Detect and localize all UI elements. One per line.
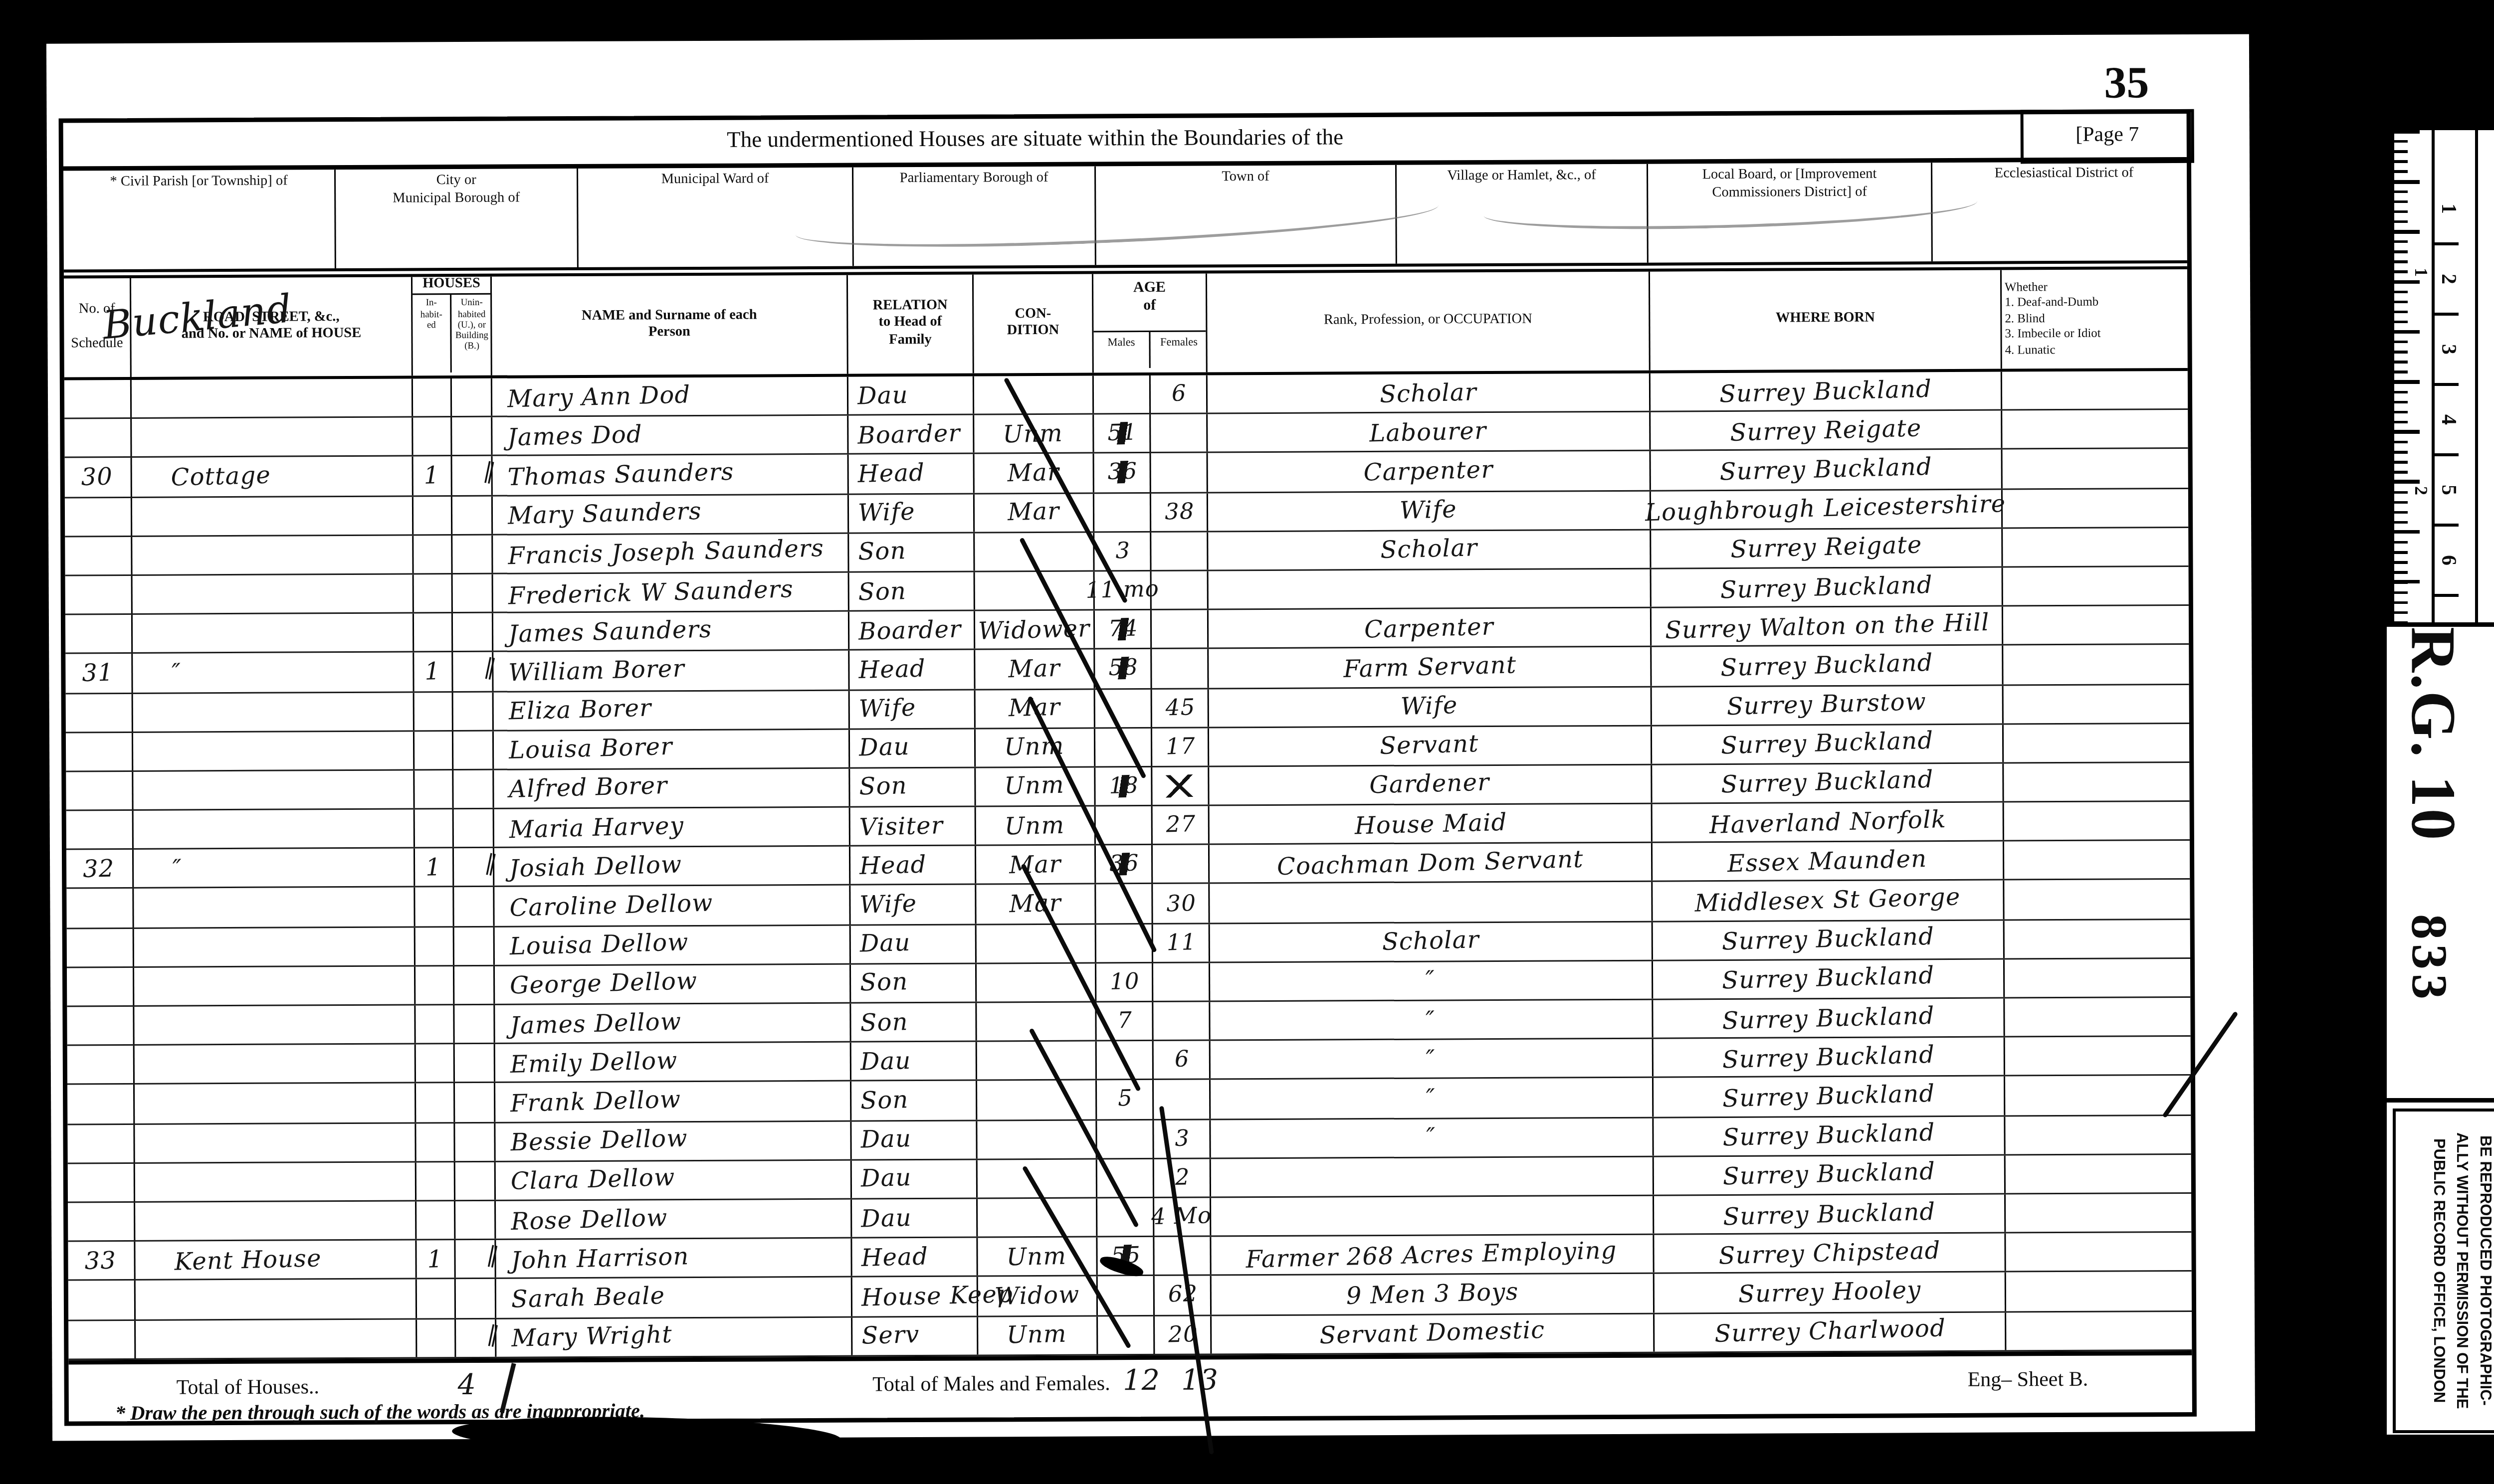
folio-number: 35	[2037, 58, 2216, 110]
cell-relation: Wife	[850, 886, 976, 924]
cell-born: Surrey Buckland	[1653, 999, 2005, 1038]
col-relation: RELATION to Head of Family	[848, 275, 974, 374]
cell-born: Surrey Buckland	[1654, 1077, 2005, 1116]
cell-inhabited	[416, 1045, 455, 1083]
cell-infirm	[2006, 1233, 2200, 1271]
cell-condition: Unm	[976, 729, 1095, 767]
cell-occupation: 9 Men 3 Boys	[1212, 1275, 1655, 1314]
cell-condition: Unm	[976, 807, 1096, 845]
cell-infirm	[2002, 410, 2197, 448]
cell-relation: Head	[849, 455, 975, 493]
cell-condition: Mar	[976, 846, 1096, 884]
cell-occupation: Carpenter	[1209, 608, 1652, 648]
col-age-females: Females	[1150, 332, 1207, 368]
total-houses-label: Total of Houses..	[177, 1376, 320, 1401]
cell-age_m: 10	[1096, 963, 1153, 1001]
cell-age_m: 58	[1095, 650, 1152, 688]
cell-condition	[977, 1081, 1097, 1119]
cell-infirm	[2003, 449, 2197, 488]
cell-occupation: Carpenter	[1208, 452, 1651, 491]
cell-occupation	[1211, 1157, 1654, 1196]
col-age: AGE of Males Females	[1093, 273, 1208, 372]
scale-cell: 3	[2435, 316, 2459, 386]
cell-relation: Dau	[850, 729, 976, 767]
cell-inhabited	[413, 418, 452, 456]
cell-schedule: 33	[68, 1242, 135, 1280]
cell-condition	[974, 375, 1094, 414]
ruler-number: 1	[2409, 268, 2432, 277]
census-table: The undermentioned Houses are situate wi…	[59, 109, 2197, 1426]
cell-age_m: 36	[1094, 454, 1151, 492]
cell-occupation	[1210, 883, 1653, 922]
cell-age_m: 51	[1094, 415, 1151, 453]
cell-uninhabited	[455, 1122, 495, 1160]
cell-condition	[975, 571, 1095, 610]
cell-infirm	[2006, 1311, 2201, 1349]
cell-born: Surrey Reigate	[1651, 529, 2003, 568]
col-inhabited: In- habit- ed	[413, 295, 452, 373]
cell-occupation: Scholar	[1210, 922, 1653, 961]
cell-name: Frank Dellow	[495, 1082, 851, 1121]
cell-age_f: 6	[1151, 375, 1208, 413]
cell-occupation: Scholar	[1208, 373, 1651, 413]
cell-name: Maria Harvey	[494, 808, 850, 847]
cell-relation: Wife	[850, 690, 976, 728]
cell-inhabited	[416, 927, 454, 965]
scale-cell: 2	[2435, 245, 2459, 316]
cell-schedule	[66, 693, 133, 731]
cell-uninhabited	[452, 417, 492, 455]
cell-uninhabited	[454, 1005, 495, 1043]
cell-infirm	[2004, 762, 2198, 801]
cell-occupation: Farmer 268 Acres Employing	[1211, 1235, 1654, 1275]
reference-number: R.G. 10 833	[2396, 627, 2468, 1003]
cell-occupation: ″	[1211, 1079, 1654, 1118]
cell-uninhabited	[453, 692, 494, 730]
cell-born: Surrey Buckland	[1654, 1116, 2005, 1155]
cell-uninhabited	[455, 1162, 496, 1200]
cell-inhabited	[416, 966, 454, 1004]
cell-born: Surrey Burstow	[1652, 685, 2004, 725]
cell-inhabited: 1	[414, 457, 452, 495]
cell-born: Surrey Buckland	[1654, 1038, 2005, 1077]
cell-schedule	[67, 1007, 134, 1045]
cell-age_m	[1094, 493, 1151, 531]
field-city-borough: City or Municipal Borough of	[336, 169, 579, 268]
cell-inhabited	[415, 809, 454, 847]
cell-infirm	[2006, 1272, 2201, 1310]
cell-relation: Dau	[851, 1120, 977, 1159]
cell-schedule	[67, 1046, 135, 1084]
column-header-row: No. of Schedule ROAD, STREET, &c., and N…	[64, 269, 2188, 380]
cell-uninhabited	[453, 770, 494, 808]
cell-name: Louisa Borer	[494, 730, 850, 769]
cell-age_f	[1152, 767, 1209, 805]
col-condition: CON- DITION	[974, 274, 1094, 373]
cell-occupation: Farm Servant	[1209, 648, 1652, 687]
cell-schedule: 30	[65, 458, 132, 496]
cell-born: Surrey Buckland	[1652, 646, 2003, 685]
cell-born: Middlesex St George	[1653, 881, 2004, 921]
cell-house	[132, 536, 414, 574]
cell-infirm	[2004, 880, 2199, 919]
cell-uninhabited	[454, 888, 494, 926]
cell-house	[134, 927, 416, 966]
cell-occupation: Gardener	[1209, 765, 1652, 804]
scale-cell: 6	[2435, 527, 2459, 597]
cell-house	[133, 692, 415, 731]
cell-name: Mary Wright	[496, 1317, 852, 1356]
cell-born: Surrey Buckland	[1651, 450, 2003, 490]
cell-schedule	[68, 1281, 136, 1319]
census-page: 35 [Page 7 The undermentioned Houses are…	[46, 34, 2255, 1441]
cell-inhabited	[416, 1084, 455, 1121]
cell-schedule	[67, 1124, 135, 1162]
cell-house	[135, 1123, 416, 1162]
cell-inhabited	[415, 692, 453, 730]
cell-house	[132, 496, 414, 535]
cell-infirm	[2003, 489, 2197, 527]
cell-name: Sarah Beale	[496, 1278, 852, 1317]
cell-relation: Son	[849, 572, 975, 610]
cell-house	[135, 1201, 416, 1240]
cell-name: James Saunders	[493, 612, 849, 651]
cell-relation: Head	[852, 1238, 978, 1277]
cell-born: Surrey Buckland	[1652, 725, 2004, 764]
cell-born: Essex Maunden	[1653, 842, 2004, 881]
cell-occupation	[1211, 1196, 1654, 1235]
cell-born: Surrey Buckland	[1654, 1155, 2006, 1195]
cell-uninhabited	[455, 1084, 495, 1121]
cell-name: Mary Saunders	[493, 494, 849, 534]
cell-uninhabited	[456, 1280, 496, 1317]
cell-infirm	[2005, 998, 2199, 1036]
cell-infirm	[2003, 528, 2197, 566]
cell-inhabited	[416, 1123, 455, 1161]
cell-relation: Dau	[852, 1160, 978, 1198]
cell-inhabited	[416, 1162, 455, 1200]
cell-age_f: 30	[1153, 885, 1210, 923]
cell-age_f: 17	[1152, 728, 1209, 766]
cell-born: Surrey Buckland	[1652, 763, 2004, 803]
cell-infirm	[2005, 958, 2199, 997]
col-infirmity: Whether 1. Deaf-and-Dumb 2. Blind 3. Imb…	[2002, 269, 2197, 369]
office-label: PUBLIC RECORD OFFICE	[2478, 130, 2494, 622]
cell-relation: Serv	[852, 1316, 978, 1355]
cell-relation: Boarder	[848, 415, 974, 454]
reference-section: Reference :— R.G. 10 833	[2387, 627, 2494, 1103]
cell-house	[134, 1005, 416, 1044]
cell-infirm	[2004, 684, 2198, 723]
cell-relation: Son	[851, 1003, 977, 1042]
record-office-strip: 1 2 1 2 3 4 5 6 PUBLIC RECORD OFFICE Ref…	[2382, 126, 2494, 1439]
cell-schedule	[68, 1203, 135, 1241]
cell-inhabited	[416, 1005, 454, 1043]
cell-age_f	[1151, 454, 1208, 492]
cell-condition	[977, 1120, 1097, 1158]
col-age-label: AGE of	[1093, 274, 1206, 331]
cell-relation: Visiter	[850, 807, 976, 846]
cell-uninhabited	[453, 613, 493, 651]
cell-occupation: House Maid	[1210, 804, 1653, 844]
col-houses-label: HOUSES	[413, 277, 490, 296]
cell-house: ″	[133, 653, 414, 692]
cell-relation: Dau	[852, 1199, 978, 1237]
cell-age_f	[1153, 1002, 1210, 1040]
cell-infirm	[2004, 802, 2199, 840]
cell-name: Mary Ann Dod	[492, 377, 848, 416]
cell-uninhabited	[454, 927, 495, 965]
cell-condition: Mar	[975, 454, 1094, 493]
cell-age_f	[1152, 649, 1209, 687]
cell-occupation: ″	[1210, 1000, 1653, 1040]
cell-relation: Wife	[849, 494, 975, 532]
cell-occupation: ″	[1210, 961, 1653, 1000]
cell-born: Surrey Buckland	[1651, 372, 2002, 411]
cell-born: Surrey Buckland	[1653, 920, 2005, 959]
cell-relation: Head	[849, 650, 975, 689]
cell-house	[133, 732, 415, 770]
cell-born: Surrey Charlwood	[1655, 1312, 2006, 1351]
cell-house	[132, 418, 413, 457]
cell-occupation: Servant Domestic	[1212, 1313, 1655, 1353]
cell-schedule	[68, 1320, 136, 1358]
cell-infirm	[2002, 371, 2197, 409]
cell-age_f: 62	[1155, 1276, 1212, 1314]
cell-schedule	[65, 615, 133, 653]
cell-inhabited	[415, 888, 454, 926]
copyright-notice: COPYRIGHT PHOTOGRAPH—NOT TO BE REPRODUCE…	[2393, 1109, 2494, 1433]
cell-inhabited	[415, 731, 453, 769]
cell-age_f	[1151, 532, 1208, 570]
scale-cell: 4	[2435, 386, 2459, 456]
cell-inhabited	[415, 770, 453, 808]
cell-uninhabited	[453, 574, 493, 612]
cell-name: John Harrison	[496, 1239, 852, 1278]
cell-relation: Dau	[851, 1042, 977, 1081]
scale-cells: 1 2 3 4 5 6	[2432, 130, 2478, 622]
copyright-section: COPYRIGHT PHOTOGRAPH—NOT TO BE REPRODUCE…	[2387, 1103, 2494, 1439]
cell-schedule: 32	[66, 850, 134, 888]
cell-occupation: Wife	[1208, 491, 1651, 530]
ruler-section: 1 2 1 2 3 4 5 6 PUBLIC RECORD OFFICE	[2387, 130, 2494, 627]
cell-occupation: Coachman Dom Servant	[1210, 843, 1653, 883]
cell-inhabited	[413, 378, 452, 416]
cell-infirm	[2004, 841, 2199, 880]
cell-name: James Dod	[492, 416, 848, 455]
cell-schedule	[66, 772, 133, 810]
total-males-females-label: Total of Males and Females.	[712, 1373, 1110, 1398]
cell-age_m: 5	[1097, 1081, 1154, 1118]
cell-inhabited	[414, 535, 452, 573]
cell-house	[135, 1084, 416, 1123]
cell-age_f	[1152, 571, 1209, 609]
cell-relation: House Keep	[852, 1277, 978, 1315]
scale-cell: 5	[2435, 456, 2459, 527]
cell-name: Thomas Saunders	[493, 455, 849, 495]
cell-name: Alfred Borer	[494, 768, 850, 808]
cell-inhabited: 1	[416, 1240, 455, 1278]
cell-schedule	[67, 1085, 135, 1123]
cell-condition	[978, 1198, 1097, 1237]
cell-age_m: 74	[1095, 610, 1152, 648]
cell-relation: Dau	[848, 376, 974, 415]
cell-age_f: 45	[1152, 689, 1209, 727]
cell-schedule	[66, 733, 133, 770]
cell-relation: Son	[851, 964, 977, 1002]
cell-born: Surrey Reigate	[1651, 411, 2002, 450]
cell-age_f: 4 Mo	[1154, 1198, 1211, 1236]
cell-name: Clara Dellow	[496, 1160, 852, 1200]
cell-age_m	[1098, 1315, 1155, 1353]
cell-uninhabited	[453, 731, 494, 769]
cell-house	[134, 810, 415, 849]
cell-name: Frederick W Saunders	[493, 572, 849, 612]
cell-name: George Dellow	[495, 964, 851, 1004]
cell-uninhabited	[452, 535, 493, 573]
cell-infirm	[2003, 567, 2198, 605]
col-houses: HOUSES In- habit- ed Unin- habited (U.),…	[413, 277, 492, 376]
total-houses-value: 4	[458, 1368, 477, 1401]
cell-age_f: 2	[1154, 1159, 1211, 1197]
total-males-value: 12	[1113, 1364, 1170, 1397]
cell-uninhabited	[454, 966, 495, 1004]
cell-schedule: 31	[65, 654, 133, 692]
ruler-number: 2	[2409, 486, 2432, 495]
cell-infirm	[2003, 645, 2198, 684]
cell-schedule	[68, 1163, 135, 1201]
cell-condition: Mar	[975, 650, 1095, 688]
cell-schedule	[64, 380, 132, 418]
cell-inhabited	[414, 574, 453, 612]
table-title: The undermentioned Houses are situate wi…	[63, 114, 2187, 171]
cell-age_m: 11 mo	[1095, 571, 1152, 609]
cell-condition: Unm	[978, 1238, 1097, 1276]
cell-house	[136, 1319, 417, 1358]
cell-age_f: 11	[1153, 924, 1210, 961]
cell-name: Eliza Borer	[494, 690, 850, 730]
cell-house	[133, 574, 414, 613]
cell-age_f: 6	[1154, 1041, 1211, 1079]
cell-schedule	[67, 967, 134, 1005]
cell-born: Haverland Norfolk	[1653, 803, 2004, 842]
sheet-label: Eng– Sheet B.	[1968, 1369, 2088, 1394]
cell-name: Francis Joseph Saunders	[493, 534, 849, 573]
cell-inhabited: 1	[415, 849, 454, 887]
cell-condition: Widow	[978, 1277, 1098, 1315]
cell-house	[133, 614, 414, 653]
col-uninhabited: Unin- habited (U.), or Building (B.)	[451, 295, 492, 373]
cell-schedule	[64, 419, 132, 457]
scale-cell: 1	[2435, 175, 2459, 245]
cell-inhabited: 1	[414, 653, 453, 691]
cell-house	[134, 966, 416, 1005]
cell-relation: Son	[851, 1082, 977, 1120]
cell-uninhabited	[454, 809, 494, 847]
cell-born: Surrey Walton on the Hill	[1652, 607, 2003, 646]
cell-uninhabited	[455, 1044, 495, 1082]
cell-age_f: 38	[1151, 493, 1208, 531]
cell-age_m	[1096, 806, 1153, 844]
reference-series: R.G. 10	[2397, 627, 2466, 842]
cell-born: Surrey Buckland	[1654, 1194, 2006, 1234]
cell-house	[135, 1045, 416, 1084]
cell-relation: Son	[849, 533, 975, 571]
cell-house: ″	[134, 849, 415, 888]
col-name: NAME and Surname of each Person	[492, 275, 848, 375]
cell-inhabited	[416, 1201, 455, 1239]
cell-occupation: ″	[1211, 1039, 1654, 1079]
cell-relation: Son	[850, 768, 976, 806]
cell-born: Surrey Chipstead	[1654, 1234, 2006, 1273]
cell-condition	[977, 924, 1096, 962]
cell-uninhabited	[452, 496, 493, 534]
cell-inhabited	[414, 496, 452, 534]
cell-uninhabited	[455, 1201, 496, 1239]
cell-occupation	[1209, 569, 1652, 608]
cell-age_f: 27	[1153, 806, 1210, 844]
cell-born: Surrey Hooley	[1655, 1273, 2006, 1312]
cell-condition: Unm	[978, 1316, 1098, 1354]
cell-house: Cottage	[132, 457, 414, 496]
cell-house	[136, 1280, 417, 1318]
cell-name: Emily Dellow	[495, 1043, 851, 1082]
cell-age_f: 20	[1155, 1315, 1212, 1353]
col-age-males: Males	[1093, 332, 1150, 368]
cell-name: Josiah Dellow	[494, 847, 850, 886]
cell-occupation: Scholar	[1208, 530, 1651, 569]
census-scan: 35 [Page 7 The undermentioned Houses are…	[0, 0, 2494, 1484]
cell-schedule	[65, 498, 132, 536]
cell-infirm	[2005, 920, 2199, 958]
cell-schedule	[65, 537, 132, 574]
cell-infirm	[2004, 724, 2198, 762]
cell-born: Loughbrough Leicestershire	[1651, 489, 2003, 529]
cell-inhabited	[417, 1319, 456, 1357]
cell-name: William Borer	[493, 651, 849, 691]
cell-schedule	[65, 576, 133, 614]
cell-name: James Dellow	[495, 1004, 851, 1043]
cell-schedule	[67, 928, 134, 966]
field-civil-parish: * Civil Parish [or Township] of	[63, 170, 336, 269]
col-born: WHERE BORN	[1650, 270, 2002, 371]
cell-condition	[977, 1042, 1097, 1080]
cell-schedule	[66, 811, 134, 849]
cell-age_f	[1151, 414, 1208, 452]
cell-age_f	[1152, 610, 1209, 648]
cell-relation: Dau	[851, 925, 977, 963]
cell-schedule	[66, 889, 134, 927]
cell-infirm	[2005, 1037, 2200, 1075]
cell-infirm	[2006, 1154, 2200, 1193]
cell-name: Bessie Dellow	[495, 1121, 851, 1160]
cell-infirm	[2005, 1115, 2200, 1154]
cell-house	[135, 1162, 416, 1201]
cell-infirm	[2006, 1194, 2200, 1232]
cell-name: Rose Dellow	[496, 1199, 852, 1239]
cell-house	[132, 378, 413, 417]
cell-uninhabited	[452, 378, 492, 416]
cell-name: Caroline Dellow	[494, 886, 850, 926]
cell-infirm	[2003, 606, 2198, 644]
ruler	[2387, 130, 2432, 622]
cell-age_f	[1153, 845, 1210, 883]
field-ecclesiastical-district: Ecclesiastical District of	[1932, 162, 2196, 261]
cell-house	[133, 770, 415, 809]
cell-occupation: ″	[1211, 1117, 1654, 1157]
cell-born: Surrey Buckland	[1653, 959, 2005, 999]
col-occupation: Rank, Profession, or OCCUPATION	[1207, 272, 1651, 372]
